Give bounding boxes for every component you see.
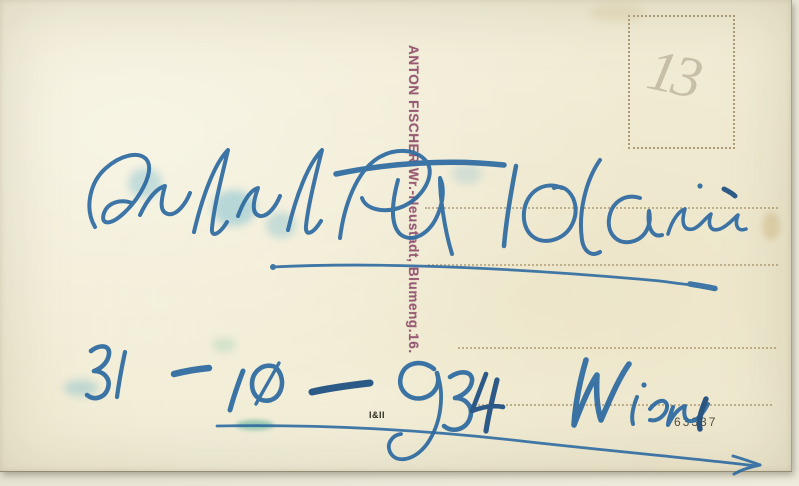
scanned-postcard-back: { "scan": { "description": "Back of a vi… xyxy=(0,0,799,486)
address-dotted-line xyxy=(458,347,776,349)
ink-smudge xyxy=(212,190,256,226)
ink-smudge xyxy=(212,338,236,352)
ink-smudge xyxy=(128,168,162,198)
postcard-paper: 13 ANTON FISCHER Wr.-Neustadt, Blumeng.1… xyxy=(0,0,792,472)
address-dotted-line xyxy=(428,264,778,266)
printer-mark: I&II xyxy=(369,410,385,420)
address-dotted-line xyxy=(470,404,772,406)
ink-smudge xyxy=(452,164,482,184)
photographer-stamp-text: ANTON FISCHER Wr.-Neustadt, Blumeng.16. xyxy=(406,45,421,409)
ink-smudge xyxy=(64,380,98,396)
printer-serial-number: 63337 xyxy=(674,415,717,429)
paper-stain xyxy=(762,212,780,240)
address-dotted-line xyxy=(425,207,778,209)
ink-smudge xyxy=(236,420,274,430)
ink-smudge xyxy=(266,212,296,238)
